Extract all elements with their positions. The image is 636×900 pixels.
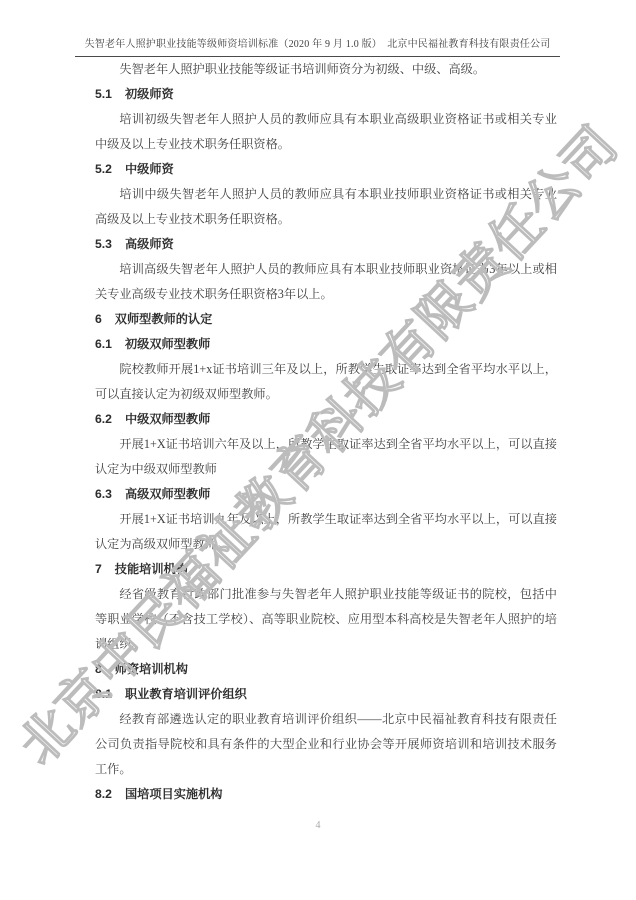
section-title: 中级双师型教师 [125,412,210,426]
section-title: 高级双师型教师 [125,487,210,501]
section-number: 6.2 [95,412,112,426]
document-page: 北京中民福祉教育科技有限责任公司 失智老年人照护职业技能等级师资培训标准（202… [0,0,636,900]
section-number: 5.2 [95,162,112,176]
section-title: 中级师资 [125,162,174,176]
section-heading-6: 6双师型教师的认定 [95,307,557,332]
section-number: 7 [95,562,102,576]
section-number: 8.1 [95,687,112,701]
section-title: 国培项目实施机构 [125,787,223,801]
section-title: 双师型教师的认定 [115,312,213,326]
section-title: 师资培训机构 [115,662,188,676]
section-number: 6.1 [95,337,112,351]
section-number: 5.1 [95,87,112,101]
section-body-5-1: 培训初级失智老年人照护人员的教师应具有本职业高级职业资格证书或相关专业中级及以上… [95,107,557,157]
section-title: 职业教育培训评价组织 [125,687,247,701]
section-title: 初级师资 [125,87,174,101]
section-heading-8-2: 8.2国培项目实施机构 [95,782,557,807]
section-heading-5-1: 5.1初级师资 [95,82,557,107]
page-header: 失智老年人照护职业技能等级师资培训标准（2020 年 9 月 1.0 版） 北京… [75,38,560,57]
intro-paragraph: 失智老年人照护职业技能等级证书培训师资分为初级、中级、高级。 [95,57,557,82]
section-body-8-1: 经教育部遴选认定的职业教育培训评价组织——北京中民福祉教育科技有限责任公司负责指… [95,707,557,782]
section-number: 6.3 [95,487,112,501]
section-title: 高级师资 [125,237,174,251]
section-heading-8: 8师资培训机构 [95,657,557,682]
page-number: 4 [0,820,636,831]
section-number: 8.2 [95,787,112,801]
section-heading-5-2: 5.2中级师资 [95,157,557,182]
section-heading-6-1: 6.1初级双师型教师 [95,332,557,357]
section-body-7: 经省级教育行政部门批准参与失智老年人照护职业技能等级证书的院校，包括中等职业学校… [95,582,557,657]
page-content: 失智老年人照护职业技能等级师资培训标准（2020 年 9 月 1.0 版） 北京… [95,38,557,807]
section-body-6-2: 开展1+X证书培训六年及以上，所教学生取证率达到全省平均水平以上，可以直接认定为… [95,432,557,482]
section-body-6-1: 院校教师开展1+x证书培训三年及以上，所教学生取证率达到全省平均水平以上，可以直… [95,357,557,407]
header-title: 失智老年人照护职业技能等级师资培训标准（2020 年 9 月 1.0 版） 北京… [85,39,551,50]
section-heading-5-3: 5.3高级师资 [95,232,557,257]
section-title: 技能培训机构 [115,562,188,576]
section-heading-6-3: 6.3高级双师型教师 [95,482,557,507]
section-body-6-3: 开展1+X证书培训九年及以上，所教学生取证率达到全省平均水平以上，可以直接认定为… [95,507,557,557]
section-heading-6-2: 6.2中级双师型教师 [95,407,557,432]
section-number: 5.3 [95,237,112,251]
section-body-5-3: 培训高级失智老年人照护人员的教师应具有本职业技师职业资格证书3年以上或相关专业高… [95,257,557,307]
section-heading-8-1: 8.1职业教育培训评价组织 [95,682,557,707]
section-heading-7: 7技能培训机构 [95,557,557,582]
section-number: 8 [95,662,102,676]
section-body-5-2: 培训中级失智老年人照护人员的教师应具有本职业技师职业资格证书或相关专业高级及以上… [95,182,557,232]
section-number: 6 [95,312,102,326]
section-title: 初级双师型教师 [125,337,210,351]
